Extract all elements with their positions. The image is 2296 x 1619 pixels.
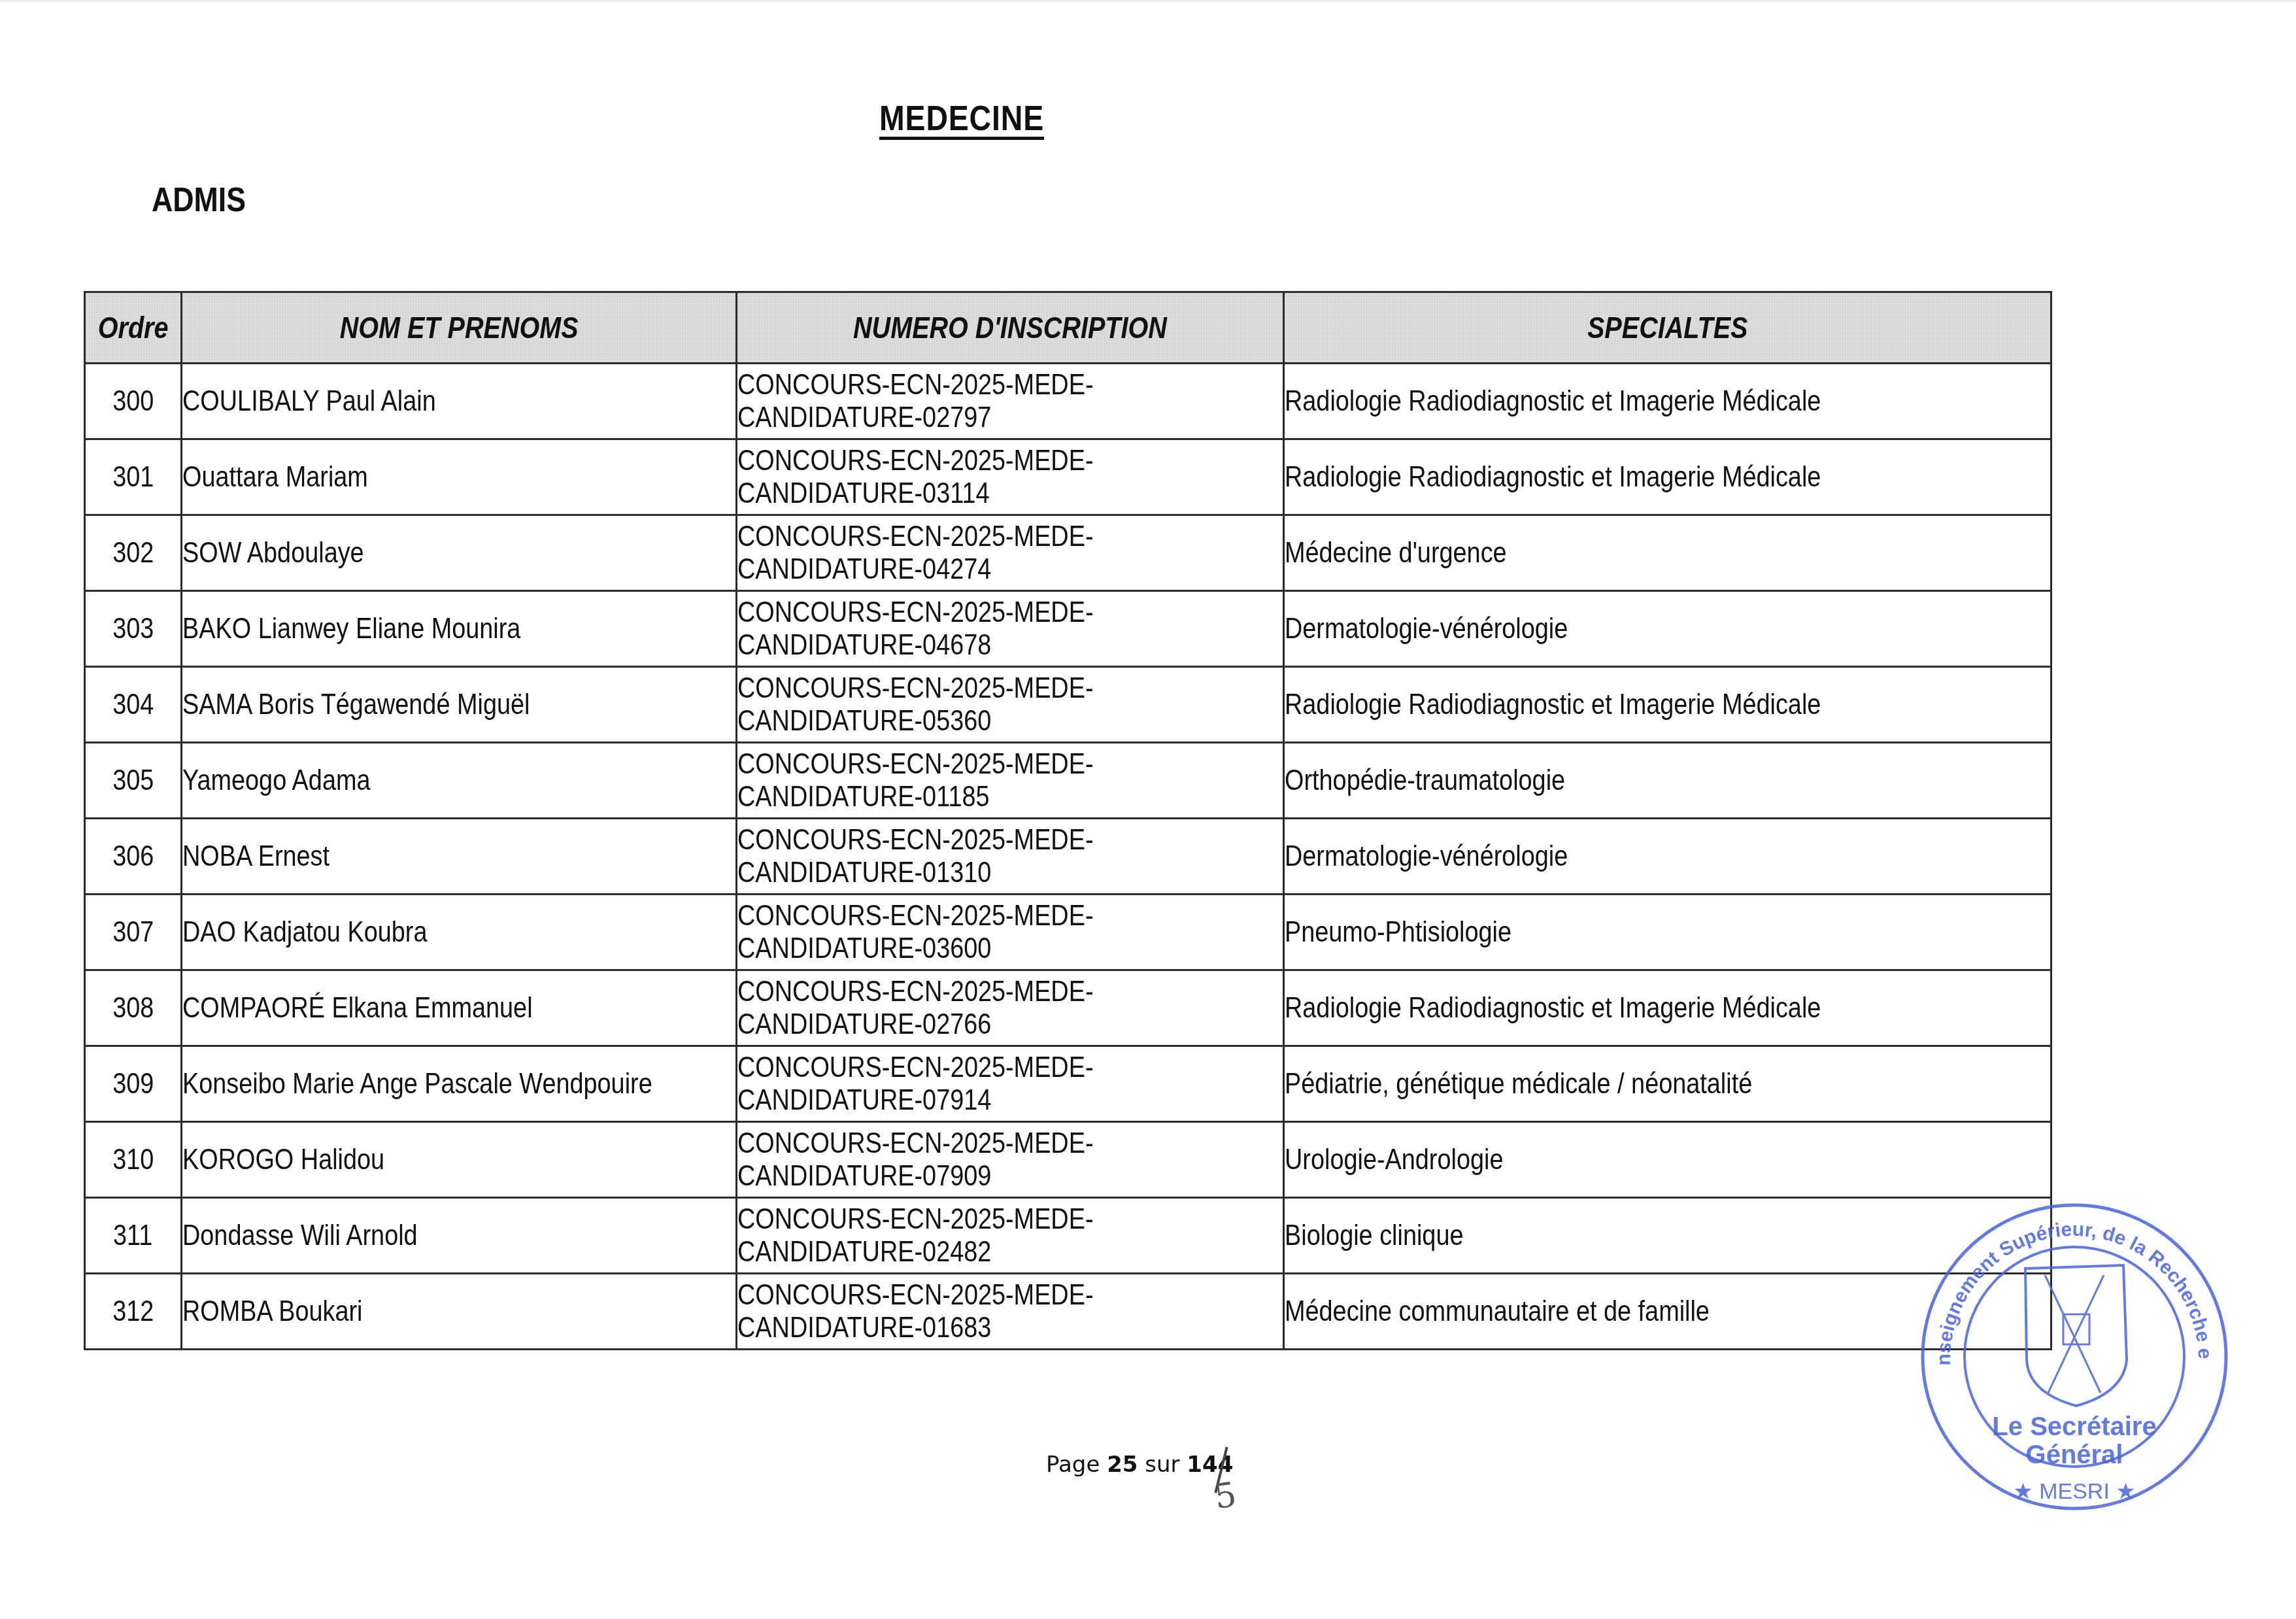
cell-numero: CONCOURS-ECN-2025-MEDE-CANDIDATURE-04678 — [737, 591, 1284, 667]
cell-ordre: 304 — [85, 667, 182, 743]
numero-line1: CONCOURS-ECN-2025-MEDE- — [737, 1051, 1094, 1083]
table-row: 310KOROGO HalidouCONCOURS-ECN-2025-MEDE-… — [85, 1122, 2051, 1198]
table-row: 303BAKO Lianwey Eliane MouniraCONCOURS-E… — [85, 591, 2051, 667]
numero-line2: CANDIDATURE-01185 — [737, 781, 990, 813]
numero-line1: CONCOURS-ECN-2025-MEDE- — [737, 672, 1094, 704]
page-sep: sur — [1145, 1452, 1179, 1478]
cell-numero: CONCOURS-ECN-2025-MEDE-CANDIDATURE-07909 — [737, 1122, 1284, 1198]
table-row: 302SOW AbdoulayeCONCOURS-ECN-2025-MEDE-C… — [85, 515, 2051, 591]
numero-line2: CANDIDATURE-03600 — [737, 932, 991, 964]
cell-ordre: 302 — [85, 515, 182, 591]
table-row: 301Ouattara MariamCONCOURS-ECN-2025-MEDE… — [85, 439, 2051, 515]
cell-name: DAO Kadjatou Koubra — [182, 895, 737, 970]
table-row: 305Yameogo AdamaCONCOURS-ECN-2025-MEDE-C… — [85, 743, 2051, 819]
candidate-name: ROMBA Boukari — [182, 1295, 362, 1328]
numero-line2: CANDIDATURE-02766 — [737, 1008, 991, 1040]
header-numero: NUMERO D'INSCRIPTION — [737, 292, 1284, 364]
cell-ordre: 307 — [85, 895, 182, 970]
cell-ordre: 309 — [85, 1046, 182, 1122]
cell-specialite: Urologie-Andrologie — [1284, 1122, 2051, 1198]
ordre-value: 301 — [112, 461, 154, 494]
page-title: MEDECINE — [879, 98, 1044, 139]
cell-numero: CONCOURS-ECN-2025-MEDE-CANDIDATURE-01185 — [737, 743, 1284, 819]
specialite-value: Dermatologie-vénérologie — [1285, 613, 1568, 645]
cell-name: BAKO Lianwey Eliane Mounira — [182, 591, 737, 667]
specialite-value: Médecine d'urgence — [1285, 537, 1507, 570]
cell-ordre: 306 — [85, 819, 182, 895]
candidate-name: Konseibo Marie Ange Pascale Wendpouire — [182, 1068, 652, 1100]
numero-line2: CANDIDATURE-07909 — [737, 1160, 991, 1192]
cell-ordre: 311 — [85, 1198, 182, 1274]
ordre-value: 310 — [112, 1144, 154, 1176]
cell-name: SOW Abdoulaye — [182, 515, 737, 591]
cell-numero: CONCOURS-ECN-2025-MEDE-CANDIDATURE-01683 — [737, 1274, 1284, 1350]
candidate-name: SOW Abdoulaye — [182, 537, 364, 570]
cell-specialite: Radiologie Radiodiagnostic et Imagerie M… — [1284, 970, 2051, 1046]
candidate-name: KOROGO Halidou — [182, 1144, 384, 1176]
numero-line1: CONCOURS-ECN-2025-MEDE- — [737, 369, 1094, 401]
header-ordre: Ordre — [85, 292, 182, 364]
specialite-value: Pédiatrie, génétique médicale / néonatal… — [1285, 1068, 1752, 1100]
numero-line2: CANDIDATURE-03114 — [737, 477, 990, 509]
numero-line1: CONCOURS-ECN-2025-MEDE- — [737, 1203, 1094, 1235]
numero-line2: CANDIDATURE-04678 — [737, 629, 991, 661]
specialite-value: Radiologie Radiodiagnostic et Imagerie M… — [1285, 992, 1821, 1025]
ordre-value: 300 — [112, 385, 154, 418]
scan-edge — [0, 0, 2296, 4]
candidate-name: COMPAORÉ Elkana Emmanuel — [182, 992, 533, 1025]
ordre-value: 311 — [113, 1219, 152, 1252]
specialite-value: Dermatologie-vénérologie — [1285, 840, 1568, 873]
cell-ordre: 301 — [85, 439, 182, 515]
section-heading: ADMIS — [152, 180, 246, 220]
header-specialite-label: SPECIALTES — [1587, 310, 1747, 345]
numero-line1: CONCOURS-ECN-2025-MEDE- — [737, 445, 1094, 477]
cell-name: KOROGO Halidou — [182, 1122, 737, 1198]
ordre-value: 306 — [112, 840, 154, 873]
cell-numero: CONCOURS-ECN-2025-MEDE-CANDIDATURE-04274 — [737, 515, 1284, 591]
numero-line2: CANDIDATURE-01683 — [737, 1312, 991, 1344]
ordre-value: 308 — [112, 992, 154, 1025]
candidate-name: NOBA Ernest — [182, 840, 329, 873]
cell-numero: CONCOURS-ECN-2025-MEDE-CANDIDATURE-02766 — [737, 970, 1284, 1046]
table-header-row: Ordre NOM ET PRENOMS NUMERO D'INSCRIPTIO… — [85, 292, 2051, 364]
official-stamp-icon: Ministère de l'Enseignement Supérieur, d… — [1914, 1197, 2235, 1517]
header-specialite: SPECIALTES — [1284, 292, 2051, 364]
numero-line1: CONCOURS-ECN-2025-MEDE- — [737, 748, 1094, 780]
page-current: 25 — [1107, 1452, 1138, 1478]
ordre-value: 305 — [112, 764, 154, 797]
numero-line1: CONCOURS-ECN-2025-MEDE- — [737, 1279, 1094, 1311]
cell-name: Konseibo Marie Ange Pascale Wendpouire — [182, 1046, 737, 1122]
specialite-value: Radiologie Radiodiagnostic et Imagerie M… — [1285, 385, 1821, 418]
header-name: NOM ET PRENOMS — [182, 292, 737, 364]
cell-ordre: 310 — [85, 1122, 182, 1198]
handwritten-correction: 5 — [1212, 1475, 1239, 1517]
numero-line2: CANDIDATURE-05360 — [737, 705, 991, 737]
ordre-value: 303 — [112, 613, 154, 645]
ordre-value: 302 — [112, 537, 154, 570]
cell-name: SAMA Boris Tégawendé Miguël — [182, 667, 737, 743]
specialite-value: Pneumo-Phtisiologie — [1285, 916, 1511, 949]
svg-text:★ MESRI ★: ★ MESRI ★ — [2013, 1479, 2136, 1504]
table-row: 308COMPAORÉ Elkana EmmanuelCONCOURS-ECN-… — [85, 970, 2051, 1046]
cell-specialite: Pneumo-Phtisiologie — [1284, 895, 2051, 970]
cell-numero: CONCOURS-ECN-2025-MEDE-CANDIDATURE-02482 — [737, 1198, 1284, 1274]
page-number: Page 25 sur 144 — [1046, 1452, 1233, 1478]
numero-line2: CANDIDATURE-01310 — [737, 857, 991, 889]
numero-line1: CONCOURS-ECN-2025-MEDE- — [737, 824, 1094, 856]
numero-line2: CANDIDATURE-02797 — [737, 401, 991, 434]
candidate-name: SAMA Boris Tégawendé Miguël — [182, 689, 530, 721]
numero-line1: CONCOURS-ECN-2025-MEDE- — [737, 596, 1094, 628]
cell-name: ROMBA Boukari — [182, 1274, 737, 1350]
specialite-value: Biologie clinique — [1285, 1219, 1463, 1252]
specialite-value: Radiologie Radiodiagnostic et Imagerie M… — [1285, 461, 1821, 494]
cell-specialite: Orthopédie-traumatologie — [1284, 743, 2051, 819]
cell-specialite: Radiologie Radiodiagnostic et Imagerie M… — [1284, 439, 2051, 515]
numero-line2: CANDIDATURE-07914 — [737, 1084, 991, 1116]
svg-text:Général: Général — [2026, 1440, 2123, 1469]
cell-name: Ouattara Mariam — [182, 439, 737, 515]
cell-name: Dondasse Wili Arnold — [182, 1198, 737, 1274]
page-total: 144 — [1187, 1452, 1233, 1478]
specialite-value: Orthopédie-traumatologie — [1285, 764, 1565, 797]
specialite-value: Radiologie Radiodiagnostic et Imagerie M… — [1285, 689, 1821, 721]
specialite-value: Médecine communautaire et de famille — [1285, 1295, 1710, 1328]
cell-specialite: Dermatologie-vénérologie — [1284, 819, 2051, 895]
cell-specialite: Pédiatrie, génétique médicale / néonatal… — [1284, 1046, 2051, 1122]
cell-numero: CONCOURS-ECN-2025-MEDE-CANDIDATURE-05360 — [737, 667, 1284, 743]
candidate-name: DAO Kadjatou Koubra — [182, 916, 427, 949]
numero-line1: CONCOURS-ECN-2025-MEDE- — [737, 976, 1094, 1008]
cell-specialite: Dermatologie-vénérologie — [1284, 591, 2051, 667]
numero-line2: CANDIDATURE-02482 — [737, 1236, 991, 1268]
cell-ordre: 312 — [85, 1274, 182, 1350]
ordre-value: 304 — [112, 689, 154, 721]
numero-line1: CONCOURS-ECN-2025-MEDE- — [737, 900, 1094, 932]
header-name-label: NOM ET PRENOMS — [340, 310, 579, 345]
table-row: 309Konseibo Marie Ange Pascale Wendpouir… — [85, 1046, 2051, 1122]
admis-table: Ordre NOM ET PRENOMS NUMERO D'INSCRIPTIO… — [84, 291, 2052, 1350]
cell-name: COMPAORÉ Elkana Emmanuel — [182, 970, 737, 1046]
table-row: 307DAO Kadjatou KoubraCONCOURS-ECN-2025-… — [85, 895, 2051, 970]
numero-line1: CONCOURS-ECN-2025-MEDE- — [737, 1127, 1094, 1159]
candidate-name: BAKO Lianwey Eliane Mounira — [182, 613, 520, 645]
table-row: 311Dondasse Wili ArnoldCONCOURS-ECN-2025… — [85, 1198, 2051, 1274]
cell-numero: CONCOURS-ECN-2025-MEDE-CANDIDATURE-03114 — [737, 439, 1284, 515]
cell-name: Yameogo Adama — [182, 743, 737, 819]
candidate-name: COULIBALY Paul Alain — [182, 385, 436, 418]
cell-ordre: 303 — [85, 591, 182, 667]
table-row: 312ROMBA BoukariCONCOURS-ECN-2025-MEDE-C… — [85, 1274, 2051, 1350]
ordre-value: 309 — [112, 1068, 154, 1100]
candidate-name: Yameogo Adama — [182, 764, 370, 797]
header-numero-label: NUMERO D'INSCRIPTION — [853, 310, 1167, 345]
numero-line2: CANDIDATURE-04274 — [737, 553, 991, 585]
candidate-name: Ouattara Mariam — [182, 461, 368, 494]
cell-specialite: Radiologie Radiodiagnostic et Imagerie M… — [1284, 364, 2051, 439]
table-row: 306NOBA ErnestCONCOURS-ECN-2025-MEDE-CAN… — [85, 819, 2051, 895]
header-ordre-label: Ordre — [98, 310, 169, 345]
cell-ordre: 305 — [85, 743, 182, 819]
svg-text:Le Secrétaire: Le Secrétaire — [1992, 1412, 2156, 1441]
cell-ordre: 308 — [85, 970, 182, 1046]
cell-specialite: Médecine d'urgence — [1284, 515, 2051, 591]
specialite-value: Urologie-Andrologie — [1285, 1144, 1503, 1176]
numero-line1: CONCOURS-ECN-2025-MEDE- — [737, 520, 1094, 553]
cell-specialite: Radiologie Radiodiagnostic et Imagerie M… — [1284, 667, 2051, 743]
ordre-value: 312 — [112, 1295, 154, 1328]
table-row: 300COULIBALY Paul AlainCONCOURS-ECN-2025… — [85, 364, 2051, 439]
table-row: 304SAMA Boris Tégawendé MiguëlCONCOURS-E… — [85, 667, 2051, 743]
cell-numero: CONCOURS-ECN-2025-MEDE-CANDIDATURE-03600 — [737, 895, 1284, 970]
page-prefix: Page — [1046, 1452, 1100, 1478]
cell-numero: CONCOURS-ECN-2025-MEDE-CANDIDATURE-07914 — [737, 1046, 1284, 1122]
cell-numero: CONCOURS-ECN-2025-MEDE-CANDIDATURE-01310 — [737, 819, 1284, 895]
ordre-value: 307 — [112, 916, 154, 949]
svg-text:Ministère de l'Enseignement Su: Ministère de l'Enseignement Supérieur, d… — [1914, 1197, 2216, 1366]
cell-name: COULIBALY Paul Alain — [182, 364, 737, 439]
candidate-name: Dondasse Wili Arnold — [182, 1219, 418, 1252]
cell-numero: CONCOURS-ECN-2025-MEDE-CANDIDATURE-02797 — [737, 364, 1284, 439]
cell-name: NOBA Ernest — [182, 819, 737, 895]
cell-ordre: 300 — [85, 364, 182, 439]
